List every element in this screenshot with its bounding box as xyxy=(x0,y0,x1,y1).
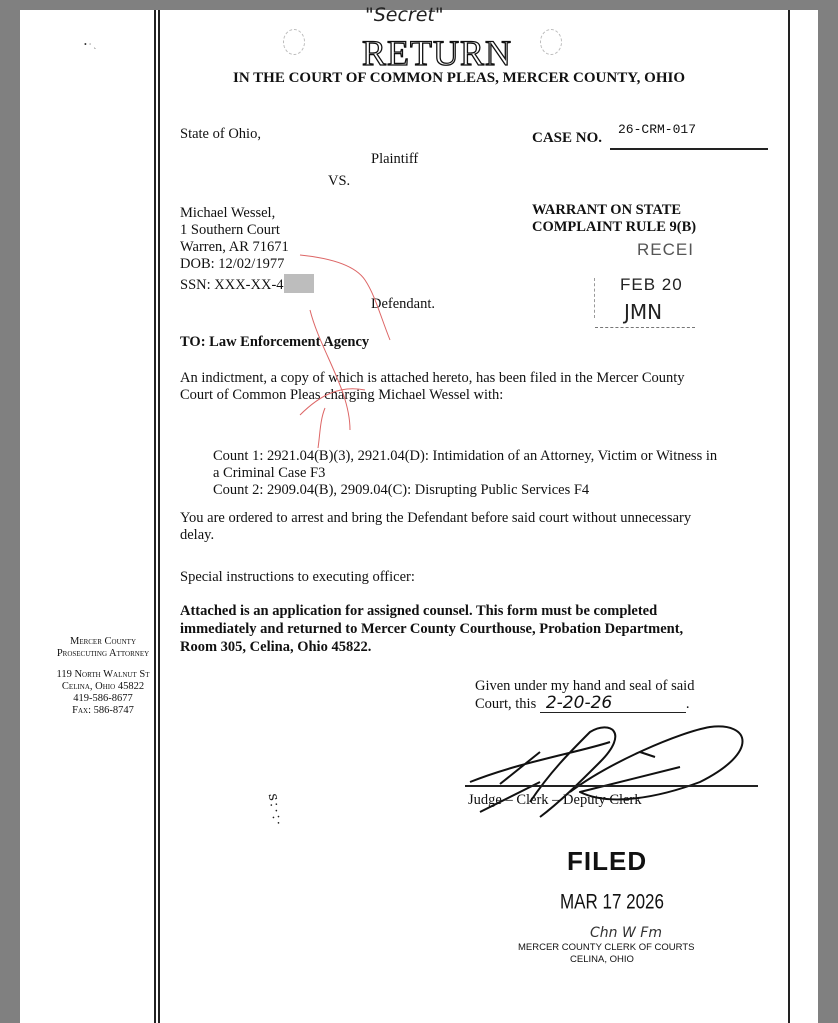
special-instructions-label: Special instructions to executing office… xyxy=(180,569,415,586)
document-page: • · ˎ "Secret" RETURN IN THE COURT OF CO… xyxy=(20,10,818,1023)
case-no-label: CASE NO. xyxy=(532,130,602,147)
plaintiff-label: Plaintiff xyxy=(371,151,418,168)
given-line2: Court, this 2-20-26. xyxy=(475,695,689,713)
received-stamp-date: FEB 20 xyxy=(620,275,683,295)
ssn-text: SSN: XXX-XX-4 xyxy=(180,277,284,293)
prosecutor-office-block: Mercer County Prosecuting Attorney 119 N… xyxy=(42,636,164,717)
defendant-address1: 1 Southern Court xyxy=(180,222,280,239)
given-prefix: Court, this xyxy=(475,696,536,712)
office-address2: Celina, Ohio 45822 xyxy=(42,681,164,693)
special-line1: Attached is an application for assigned … xyxy=(180,603,657,620)
count-1-line2: a Criminal Case F3 xyxy=(213,465,325,482)
left-double-rule-outer xyxy=(154,10,156,1023)
signature-line xyxy=(465,785,758,787)
punch-hole-left xyxy=(283,29,305,55)
filed-stamp-city: CELINA, OHIO xyxy=(570,954,634,965)
defendant-label: Defendant. xyxy=(371,296,435,313)
office-address1: 119 North Walnut St xyxy=(42,669,164,681)
signer-titles: Judge – Clerk – Deputy Clerk xyxy=(468,792,642,809)
plaintiff-name: State of Ohio, xyxy=(180,126,261,143)
received-stamp-border xyxy=(594,278,595,318)
received-stamp-initials: JMN xyxy=(624,300,662,324)
left-double-rule-inner xyxy=(158,10,160,1023)
document-type-line1: WARRANT ON STATE xyxy=(532,202,681,219)
office-line2: Prosecuting Attorney xyxy=(42,648,164,660)
punch-hole-right xyxy=(540,29,562,55)
special-line2: immediately and returned to Mercer Count… xyxy=(180,621,683,638)
office-fax: Fax: 586-8747 xyxy=(42,705,164,717)
scan-specks: • · ˎ xyxy=(84,40,96,49)
intro-line1: An indictment, a copy of which is attach… xyxy=(180,370,685,387)
defendant-address2: Warren, AR 71671 xyxy=(180,239,289,256)
judge-signature xyxy=(460,722,760,832)
defendant-dob: DOB: 12/02/1977 xyxy=(180,256,284,273)
count-2-line1: Count 2: 2909.04(B), 2909.04(C): Disrupt… xyxy=(213,482,589,499)
order-line2: delay. xyxy=(180,527,214,544)
received-stamp-label: RECEI xyxy=(637,240,694,260)
handwritten-date: 2-20-26 xyxy=(540,695,686,713)
clerk-signature: Chn W Fm xyxy=(590,925,662,941)
defendant-ssn: SSN: XXX-XX-4 xyxy=(180,274,314,294)
received-stamp-underline xyxy=(595,327,695,328)
return-stamp: RETURN xyxy=(362,32,512,74)
document-type-line2: COMPLAINT RULE 9(B) xyxy=(532,219,696,236)
office-phone: 419-586-8677 xyxy=(42,693,164,705)
case-no-underline xyxy=(610,148,768,150)
right-rule xyxy=(788,10,790,1023)
court-title: IN THE COURT OF COMMON PLEAS, MERCER COU… xyxy=(233,70,685,87)
ssn-redaction xyxy=(284,274,314,293)
office-line1: Mercer County xyxy=(42,636,164,648)
addressee: TO: Law Enforcement Agency xyxy=(180,334,369,351)
defendant-name: Michael Wessel, xyxy=(180,205,275,222)
given-suffix: . xyxy=(686,696,690,712)
order-line1: You are ordered to arrest and bring the … xyxy=(180,510,691,527)
filed-stamp-date: MAR 17 2026 xyxy=(560,890,664,915)
special-line3: Room 305, Celina, Ohio 45822. xyxy=(180,639,371,656)
filed-stamp-office: MERCER COUNTY CLERK OF COURTS xyxy=(518,942,694,953)
versus: VS. xyxy=(328,173,350,190)
filed-stamp-label: FILED xyxy=(567,846,647,877)
case-no-value: 26-CRM-017 xyxy=(618,122,696,137)
intro-line2: Court of Common Pleas charging Michael W… xyxy=(180,387,503,404)
handwritten-secret-note: "Secret" xyxy=(365,4,444,26)
count-1-line1: Count 1: 2921.04(B)(3), 2921.04(D): Inti… xyxy=(213,448,717,465)
ink-smudge: ꜱ:·:· xyxy=(264,792,287,829)
